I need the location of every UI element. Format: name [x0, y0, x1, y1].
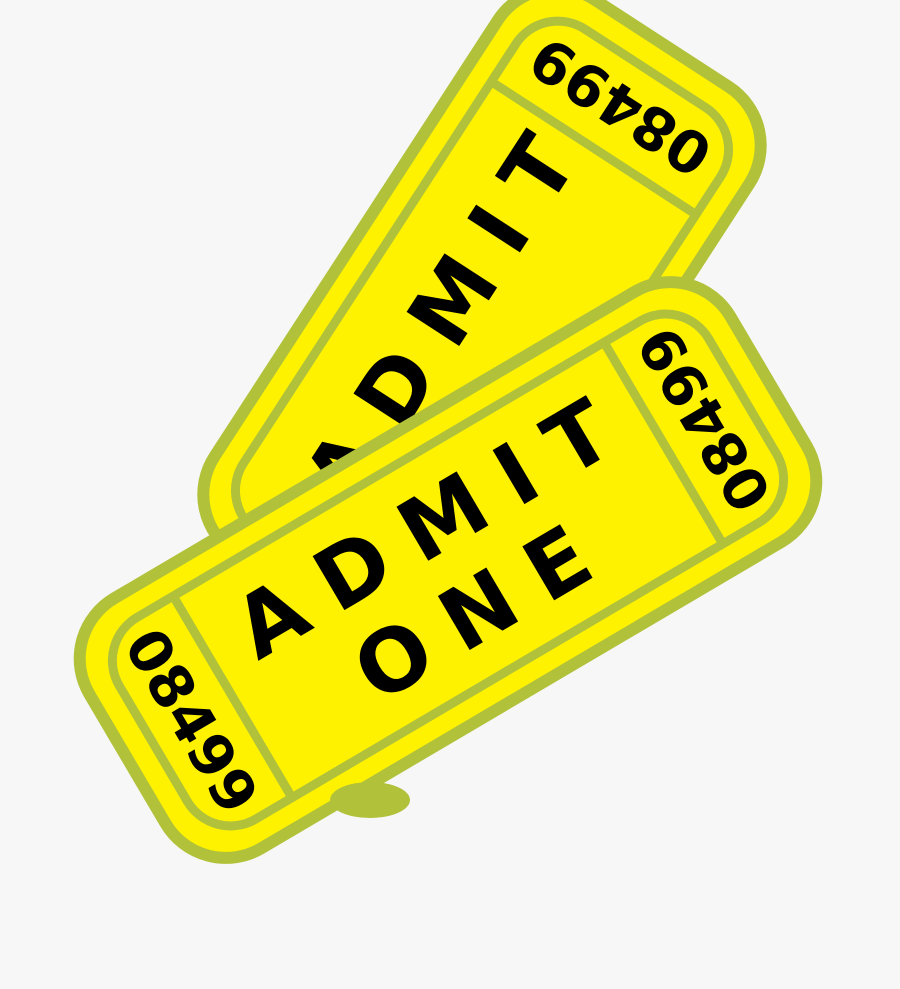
admit-one-tickets-illustration: ADMIT 08499 ADMIT ONE 08499 08499 — [0, 0, 900, 989]
ticket-shadow-bump — [330, 782, 410, 818]
